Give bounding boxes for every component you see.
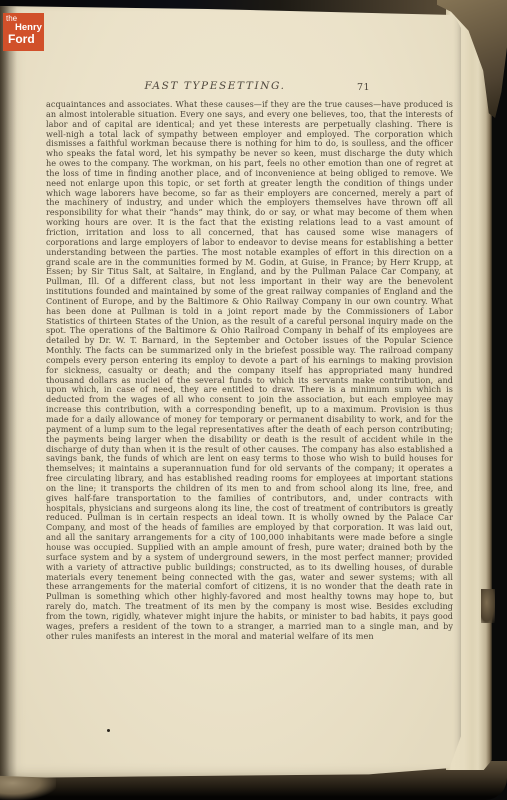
page-number: 71 <box>357 82 370 93</box>
logo-word-ford: Ford <box>8 33 44 45</box>
book-page: FAST TYPESETTING. 71 acquaintances and a… <box>0 0 461 779</box>
page-body-text: acquaintances and associates. What these… <box>46 100 453 641</box>
page-gutter-shadow <box>0 0 17 779</box>
page-title: FAST TYPESETTING. <box>144 80 285 92</box>
running-header: FAST TYPESETTING. <box>122 80 308 92</box>
henry-ford-logo: the Henry Ford <box>3 13 44 51</box>
ink-speck <box>107 729 110 732</box>
photo-canvas: FAST TYPESETTING. 71 acquaintances and a… <box>0 0 507 800</box>
page-edge-chip <box>481 589 495 623</box>
